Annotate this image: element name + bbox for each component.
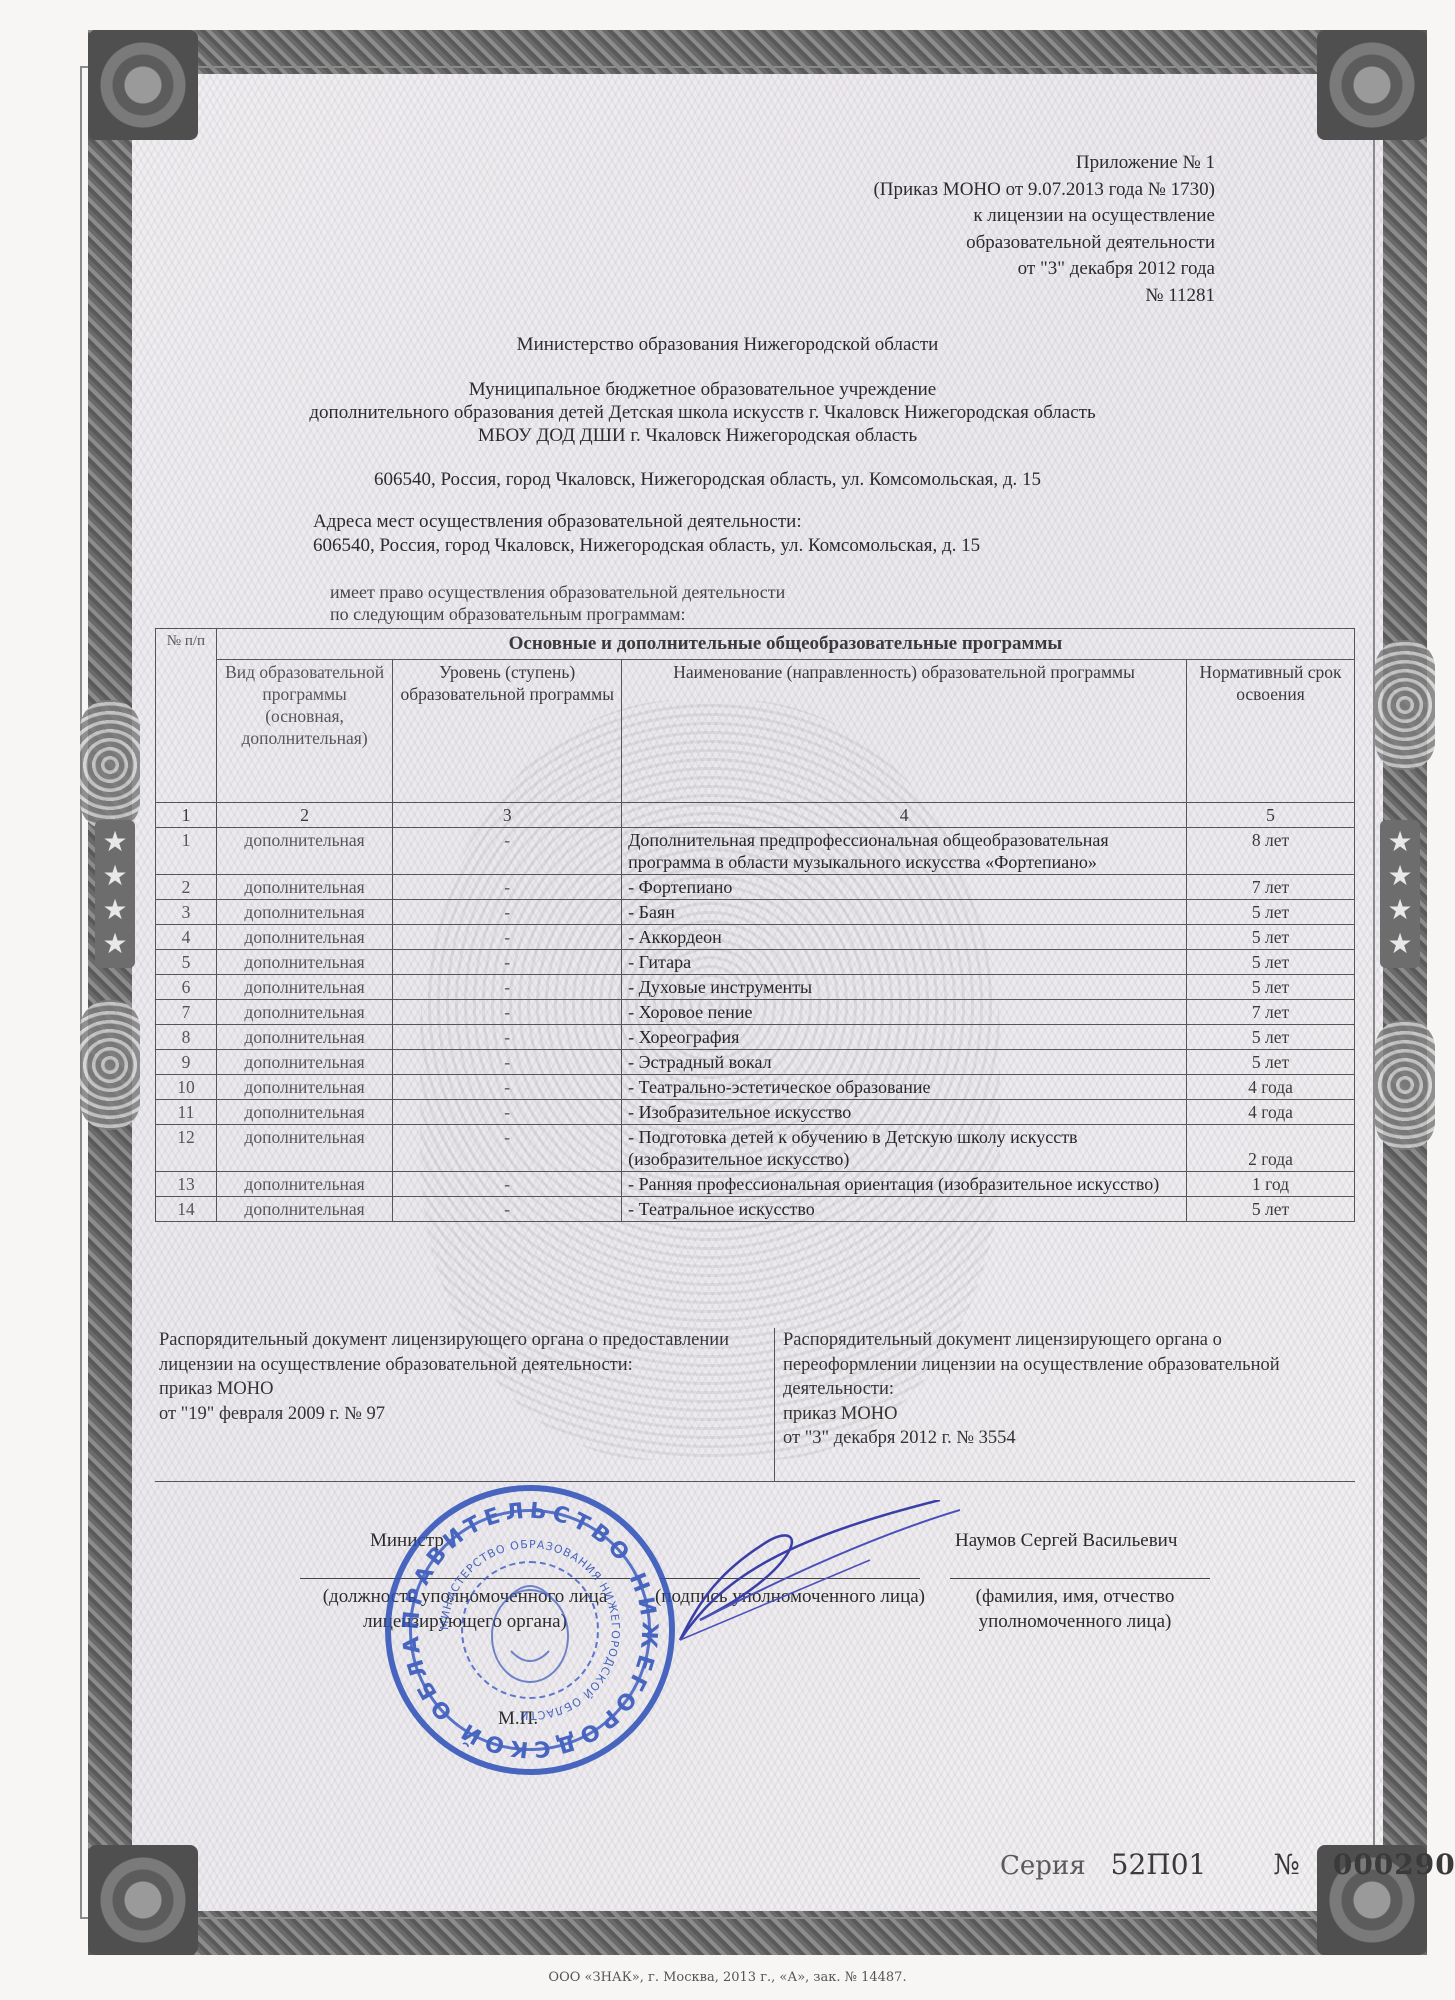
corner-ornament-icon: [88, 30, 198, 140]
row-level: -: [393, 1100, 622, 1125]
row-kind: дополнительная: [216, 1172, 392, 1197]
appendix-reference: Приложение № 1 (Приказ МОНО от 9.07.2013…: [873, 150, 1215, 309]
appendix-line: Приложение № 1: [873, 150, 1215, 177]
row-level: -: [393, 1172, 622, 1197]
row-number: 7: [156, 1000, 217, 1025]
name-caption: (фамилия, имя, отчество уполномоченного …: [945, 1584, 1205, 1634]
programs-table: № п/п Основные и дополнительные общеобра…: [155, 628, 1355, 1222]
blank-number: 0002902: [1333, 1848, 1455, 1881]
row-name: - Театральное искусство: [622, 1197, 1187, 1222]
table-row: 13дополнительная-- Ранняя профессиональн…: [156, 1172, 1355, 1197]
row-name: - Гитара: [622, 950, 1187, 975]
table-row: 4дополнительная-- Аккордеон5 лет: [156, 925, 1355, 950]
row-level: -: [393, 925, 622, 950]
column-number: 5: [1186, 803, 1354, 828]
row-number: 8: [156, 1025, 217, 1050]
row-kind: дополнительная: [216, 1025, 392, 1050]
official-seal-icon: ПРАВИТЕЛЬСТВО НИЖЕГОРОДСКОЙ ОБЛАСТИ МИНИ…: [385, 1485, 675, 1775]
printer-imprint: ООО «ЗНАК», г. Москва, 2013 г., «А», зак…: [0, 1970, 1455, 1985]
knot-ornament-icon: [1375, 640, 1435, 770]
table-row: 3дополнительная-- Баян5 лет: [156, 900, 1355, 925]
row-kind: дополнительная: [216, 1000, 392, 1025]
appendix-line: (Приказ МОНО от 9.07.2013 года № 1730): [873, 177, 1215, 204]
row-kind: дополнительная: [216, 875, 392, 900]
row-term: 5 лет: [1186, 925, 1354, 950]
issuing-order: Распорядительный документ лицензирующего…: [155, 1328, 775, 1481]
table-row: 14дополнительная-- Театральное искусство…: [156, 1197, 1355, 1222]
institution-line: дополнительного образования детей Детска…: [0, 401, 1430, 425]
table-row: 6дополнительная-- Духовые инструменты5 л…: [156, 975, 1355, 1000]
right-statement-line: имеет право осуществления образовательно…: [330, 581, 785, 603]
row-name: - Хоровое пение: [622, 1000, 1187, 1025]
knot-ornament-icon: [1375, 1020, 1435, 1150]
right-statement-line: по следующим образовательным программам:: [330, 603, 686, 625]
appendix-line: № 11281: [873, 283, 1215, 310]
row-level: -: [393, 900, 622, 925]
row-number: 14: [156, 1197, 217, 1222]
corner-ornament-icon: [1317, 30, 1427, 140]
corner-ornament-icon: [88, 1845, 198, 1955]
places-label: Адреса мест осуществления образовательно…: [313, 509, 802, 535]
issuing-order-date: от "19" февраля 2009 г. № 97: [159, 1402, 770, 1427]
column-number: 4: [622, 803, 1187, 828]
row-kind: дополнительная: [216, 1197, 392, 1222]
blank-series-number: Серия 52П01 № 0002902: [1000, 1848, 1455, 1882]
row-level: -: [393, 1050, 622, 1075]
row-number: 5: [156, 950, 217, 975]
row-kind: дополнительная: [216, 1100, 392, 1125]
appendix-line: образовательной деятельности: [873, 230, 1215, 257]
column-header-number: № п/п: [156, 629, 217, 803]
reissue-order-name: приказ МОНО: [783, 1402, 1351, 1427]
table-row: 7дополнительная-- Хоровое пение7 лет: [156, 1000, 1355, 1025]
row-term: 4 года: [1186, 1075, 1354, 1100]
column-number: 3: [393, 803, 622, 828]
column-header-level: Уровень (ступень) образовательной програ…: [393, 660, 622, 803]
reissue-order-text: Распорядительный документ лицензирующего…: [783, 1328, 1351, 1402]
row-term: 1 год: [1186, 1172, 1354, 1197]
row-number: 1: [156, 828, 217, 875]
row-kind: дополнительная: [216, 828, 392, 875]
row-name: - Духовые инструменты: [622, 975, 1187, 1000]
table-row: 9дополнительная-- Эстрадный вокал5 лет: [156, 1050, 1355, 1075]
stars-ornament-icon: ★★★★: [95, 820, 135, 968]
row-number: 10: [156, 1075, 217, 1100]
institution-line: МБОУ ДОД ДШИ г. Чкаловск Нижегородская о…: [0, 424, 1425, 448]
table-row: 5дополнительная-- Гитара5 лет: [156, 950, 1355, 975]
row-level: -: [393, 875, 622, 900]
row-term: 5 лет: [1186, 950, 1354, 975]
name-line: [950, 1578, 1210, 1579]
series-label: Серия: [1000, 1851, 1086, 1881]
row-term: 7 лет: [1186, 875, 1354, 900]
row-number: 12: [156, 1125, 217, 1172]
table-row: 1дополнительная-Дополнительная предпрофе…: [156, 828, 1355, 875]
row-level: -: [393, 1025, 622, 1050]
row-name: - Подготовка детей к обучению в Детскую …: [622, 1125, 1187, 1172]
row-name: - Баян: [622, 900, 1187, 925]
table-title: Основные и дополнительные общеобразовате…: [216, 629, 1354, 660]
row-term: 5 лет: [1186, 1197, 1354, 1222]
row-level: -: [393, 828, 622, 875]
series-value: 52П01: [1111, 1848, 1207, 1881]
column-number: 1: [156, 803, 217, 828]
row-level: -: [393, 975, 622, 1000]
row-number: 13: [156, 1172, 217, 1197]
row-name: - Эстрадный вокал: [622, 1050, 1187, 1075]
row-level: -: [393, 1125, 622, 1172]
row-name: - Хореография: [622, 1025, 1187, 1050]
reissue-order: Распорядительный документ лицензирующего…: [775, 1328, 1355, 1481]
appendix-line: к лицензии на осуществление: [873, 203, 1215, 230]
row-kind: дополнительная: [216, 950, 392, 975]
places-address: 606540, Россия, город Чкаловск, Нижегоро…: [313, 533, 980, 559]
row-level: -: [393, 1000, 622, 1025]
row-term: 5 лет: [1186, 1025, 1354, 1050]
row-name: - Изобразительное искусство: [622, 1100, 1187, 1125]
row-number: 9: [156, 1050, 217, 1075]
row-term: 7 лет: [1186, 1000, 1354, 1025]
column-header-term: Нормативный срок освоения: [1186, 660, 1354, 803]
row-name: - Ранняя профессиональная ориентация (из…: [622, 1172, 1187, 1197]
row-kind: дополнительная: [216, 975, 392, 1000]
row-kind: дополнительная: [216, 900, 392, 925]
row-term: 5 лет: [1186, 900, 1354, 925]
column-header-name: Наименование (направленность) образовате…: [622, 660, 1187, 803]
reissue-order-date: от "3" декабря 2012 г. № 3554: [783, 1426, 1351, 1451]
row-number: 2: [156, 875, 217, 900]
row-term: 5 лет: [1186, 1050, 1354, 1075]
row-term: 5 лет: [1186, 975, 1354, 1000]
row-kind: дополнительная: [216, 1075, 392, 1100]
issuing-order-text: Распорядительный документ лицензирующего…: [159, 1328, 770, 1377]
table-row: 12дополнительная-- Подготовка детей к об…: [156, 1125, 1355, 1172]
table-row: 8дополнительная-- Хореография5 лет: [156, 1025, 1355, 1050]
number-sign: №: [1273, 1848, 1300, 1881]
column-header-kind: Вид образовательной программы (основная,…: [216, 660, 392, 803]
column-number: 2: [216, 803, 392, 828]
table-row: 10дополнительная-- Театрально-эстетическ…: [156, 1075, 1355, 1100]
row-level: -: [393, 1075, 622, 1100]
program-rows: 1дополнительная-Дополнительная предпрофе…: [156, 828, 1355, 1222]
handwritten-signature-icon: [660, 1500, 960, 1650]
appendix-line: от "3" декабря 2012 года: [873, 256, 1215, 283]
row-name: - Фортепиано: [622, 875, 1187, 900]
table-row: 2дополнительная-- Фортепиано7 лет: [156, 875, 1355, 900]
ministry-title: Министерство образования Нижегородской о…: [0, 333, 1455, 357]
row-kind: дополнительная: [216, 925, 392, 950]
row-term: 4 года: [1186, 1100, 1354, 1125]
row-name: - Театрально-эстетическое образование: [622, 1075, 1187, 1100]
order-references: Распорядительный документ лицензирующего…: [155, 1328, 1355, 1482]
svg-text:МИНИСТЕРСТВО ОБРАЗОВАНИЯ НИЖЕГ: МИНИСТЕРСТВО ОБРАЗОВАНИЯ НИЖЕГОРОДСКОЙ О…: [438, 1538, 622, 1722]
knot-ornament-icon: [80, 700, 140, 830]
issuing-order-name: приказ МОНО: [159, 1377, 770, 1402]
row-name: Дополнительная предпрофессиональная обще…: [622, 828, 1187, 875]
row-name: - Аккордеон: [622, 925, 1187, 950]
row-level: -: [393, 950, 622, 975]
signatory-name: Наумов Сергей Васильевич: [955, 1528, 1177, 1554]
row-number: 11: [156, 1100, 217, 1125]
row-number: 6: [156, 975, 217, 1000]
stars-ornament-icon: ★★★★: [1380, 820, 1420, 968]
knot-ornament-icon: [80, 1000, 140, 1130]
row-term: 8 лет: [1186, 828, 1354, 875]
row-level: -: [393, 1197, 622, 1222]
institution-line: Муниципальное бюджетное образовательное …: [0, 378, 1430, 402]
institution-address: 606540, Россия, город Чкаловск, Нижегоро…: [0, 468, 1435, 492]
row-term: 2 года: [1186, 1125, 1354, 1172]
table-row: 11дополнительная-- Изобразительное искус…: [156, 1100, 1355, 1125]
row-kind: дополнительная: [216, 1125, 392, 1172]
row-number: 3: [156, 900, 217, 925]
row-kind: дополнительная: [216, 1050, 392, 1075]
row-number: 4: [156, 925, 217, 950]
